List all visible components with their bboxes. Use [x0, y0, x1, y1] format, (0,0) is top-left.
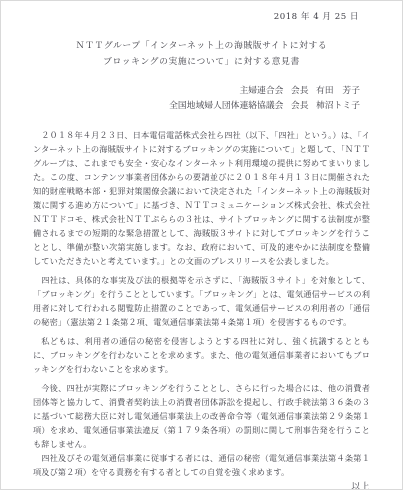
paragraph-protest: 私どもは、利用者の通信の秘密を侵害しようとする四社に対し、強く抗議するとともに、…	[33, 334, 370, 376]
signatory-role: 会長	[291, 86, 309, 96]
paragraph-self-awareness: 四社及びその電気通信事業に従事する者には、通信の秘密（電気通信事業法第４条第１項…	[33, 451, 370, 479]
signatory-name: 有田 芳子	[316, 86, 360, 96]
document-title-line1: ＮＴＴグループ「インターネット上の海賊版サイトに対する	[1, 39, 402, 55]
paragraph-legal-actions: 今後、四社が実際にブロッキングを行うこととし、さらに行った場合には、他の消費者団…	[33, 381, 370, 451]
document-title: ＮＴＴグループ「インターネット上の海賊版サイトに対する ブロッキングの実施につい…	[1, 39, 402, 70]
document-date: 2018 年 4 月 25 日	[1, 10, 402, 22]
signatory-line-1: 主婦連合会会長有田 芳子	[1, 84, 360, 99]
document-page: 2018 年 4 月 25 日 ＮＴＴグループ「インターネット上の海賊版サイトに…	[0, 0, 403, 490]
signatory-name: 柿沼トミ子	[316, 101, 360, 111]
signatory-org: 全国地域婦人団体連絡協議会	[169, 101, 283, 111]
signatory-line-2: 全国地域婦人団体連絡協議会会長柿沼トミ子	[1, 99, 360, 114]
paragraph-blocking-definition: 四社は、具体的な事実及び法的根拠等を示さずに、「海賊版３サイト」を対象として、「…	[33, 273, 370, 329]
document-title-line2: ブロッキングの実施について」に対する意見書	[1, 55, 402, 71]
signatory-org: 主婦連合会	[239, 86, 283, 96]
document-body: ２０１８年４月２３日、日本電信電話株式会社ら四社（以下、「四社」という。）は、「…	[33, 128, 370, 490]
signature-block: 主婦連合会会長有田 芳子 全国地域婦人団体連絡協議会会長柿沼トミ子	[1, 84, 402, 113]
closing-label: 以上	[33, 480, 370, 490]
paragraph-press-release: ２０１８年４月２３日、日本電信電話株式会社ら四社（以下、「四社」という。）は、「…	[33, 128, 370, 268]
signatory-role: 会長	[291, 101, 309, 111]
